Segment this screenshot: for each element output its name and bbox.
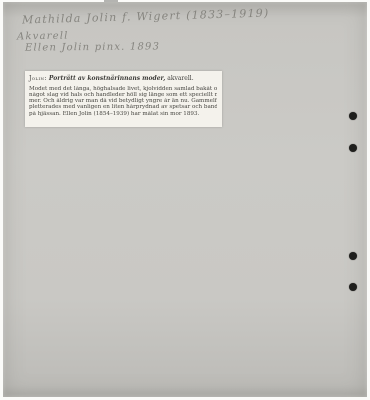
clipping-body-line: Modet med det långa, höghalsade livet, k…	[29, 86, 217, 92]
punch-hole-dot	[349, 112, 357, 120]
pencil-edge-mark	[104, 0, 118, 2]
punch-hole-dot	[349, 283, 357, 291]
clipping-body: Modet med det långa, höghalsade livet, k…	[29, 86, 217, 117]
scanned-archive-card: Mathilda Jolin f. Wigert (1833–1919) Akv…	[0, 0, 370, 400]
clipping-heading: Jolin: Porträtt av konstnärinnans moder,…	[29, 75, 217, 82]
clipping-body-line: på hjässan. Ellen Jolin (1854–1939) har …	[29, 111, 217, 117]
handwritten-medium-note: Akvarell	[17, 31, 69, 43]
clipping-heading-title: Porträtt av konstnärinnans moder,	[47, 75, 166, 82]
punch-hole-dot	[349, 252, 357, 260]
clipping-heading-artist: Jolin:	[29, 75, 47, 82]
clipping-body-line: pletterades med vanligen en liten hårpry…	[29, 104, 217, 110]
punch-hole-dot	[349, 144, 357, 152]
printed-catalog-clipping: Jolin: Porträtt av konstnärinnans moder,…	[25, 71, 222, 127]
handwritten-attribution-note: Ellen Jolin pinx. 1893	[25, 41, 160, 53]
card-paper-background	[3, 2, 367, 397]
clipping-heading-medium: akvarell.	[165, 75, 193, 82]
